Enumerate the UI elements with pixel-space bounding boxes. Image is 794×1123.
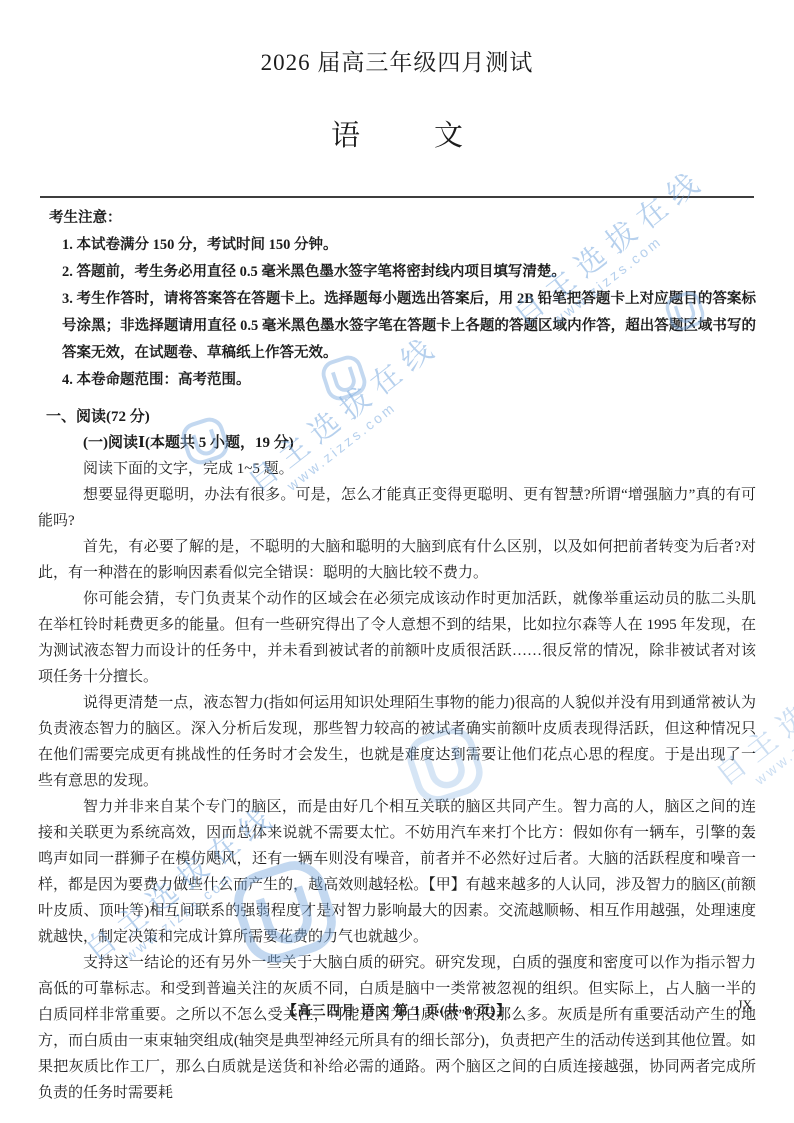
passage-paragraph-3: 你可能会猜，专门负责某个动作的区域会在必须完成该动作时更加活跃，就像举重运动员的… (38, 586, 756, 690)
footer-page-label: 【高三四月·语文 第 1 页(共 8 页)】 (0, 999, 794, 1019)
passage-paragraph-5: 智力并非来自某个专门的脑区，而是由好几个相互关联的脑区共同产生。智力高的人，脑区… (38, 794, 756, 950)
footer-code: JX (738, 997, 752, 1013)
notice-item-4: 4. 本卷命题范围：高考范围。 (62, 367, 756, 394)
notice-section: 考生注意： 1. 本试卷满分 150 分，考试时间 150 分钟。 2. 答题前… (38, 205, 756, 394)
passage-paragraph-1: 想要显得更聪明，办法有很多。可是，怎么才能真正变得更聪明、更有智慧?所谓“增强脑… (38, 482, 756, 534)
subject-char-second: 文 (434, 116, 463, 156)
reading-instruction: 阅读下面的文字，完成 1~5 题。 (83, 456, 756, 482)
passage-paragraph-2: 首先，有必要了解的是，不聪明的大脑和聪明的大脑到底有什么区别，以及如何把前者转变… (38, 534, 756, 586)
section-heading: 一、阅读(72 分) (46, 404, 756, 430)
notice-item-2: 2. 答题前，考生务必用直径 0.5 毫米黑色墨水签字笔将密封线内项目填写清楚。 (62, 259, 756, 286)
passage-paragraph-6: 支持这一结论的还有另外一些关于大脑白质的研究。研究发现，白质的强度和密度可以作为… (38, 950, 756, 1106)
divider-line (40, 196, 754, 198)
watermark-url-text: www.zizzs.com (752, 648, 794, 787)
subject-title: 语 文 (38, 116, 756, 156)
notice-heading: 考生注意： (49, 205, 756, 232)
exam-title: 2026 届高三年级四月测试 (38, 0, 756, 78)
notice-item-3: 3. 考生作答时，请将答案答在答题卡上。选择题每小题选出答案后，用 2B 铅笔把… (62, 286, 756, 367)
notice-item-1: 1. 本试卷满分 150 分，考试时间 150 分钟。 (62, 232, 756, 259)
subject-char-first: 语 (331, 116, 360, 156)
exam-paper-page: 自主选拔在线 www.zizzs.com 自主选拔在线 www.zizzs.co… (0, 0, 794, 1123)
passage-paragraph-4: 说得更清楚一点，液态智力(指如何运用知识处理陌生事物的能力)很高的人貌似并没有用… (38, 690, 756, 794)
subsection-heading: (一)阅读Ⅰ(本题共 5 小题，19 分) (83, 430, 756, 456)
